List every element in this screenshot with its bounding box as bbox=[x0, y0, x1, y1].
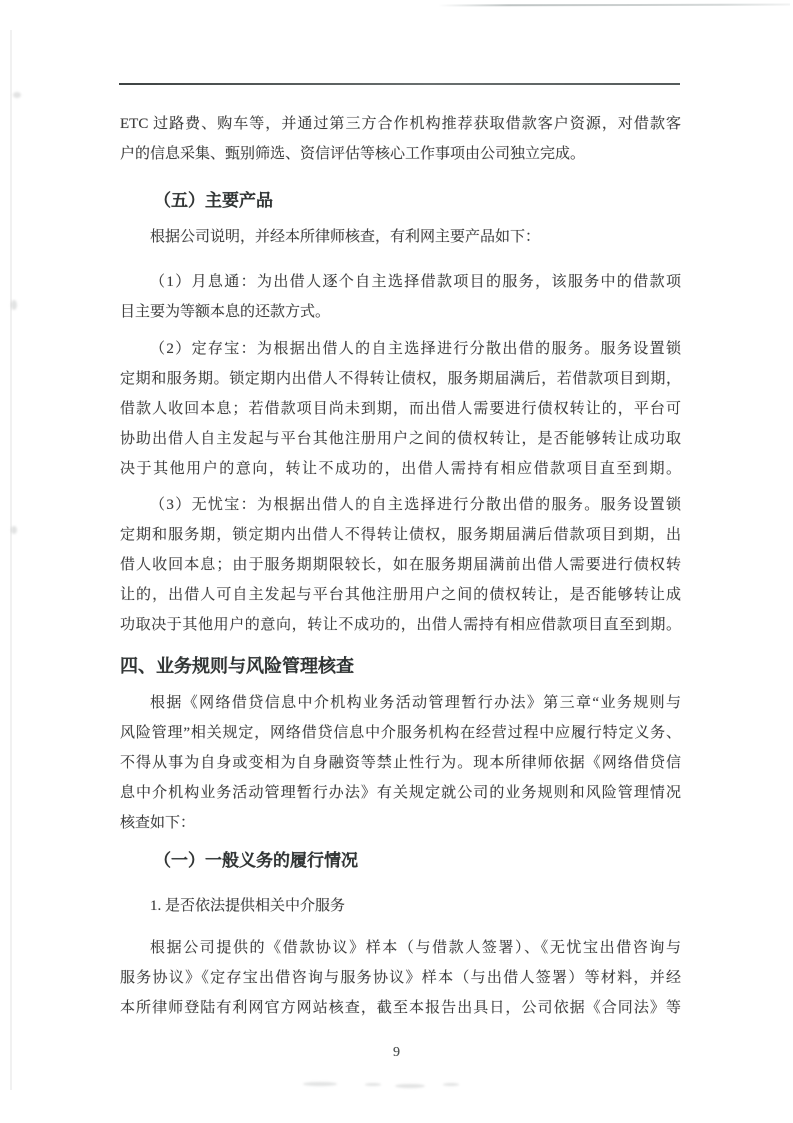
text-line: 目主要为等额本息的还款方式。 bbox=[120, 297, 681, 327]
list-item-intermediary-services: 1. 是否依法提供相关中介服务 bbox=[120, 891, 681, 921]
scan-smudge bbox=[395, 1084, 425, 1088]
paragraph-product-wuyoubao: （3）无忧宝：为根据出借人的自主选择进行分散出借的服务。服务设置锁定期和服务期，… bbox=[120, 490, 681, 640]
text-line: 根据公司提供的《借款协议》样本（与借款人签署）、《无忧宝出借咨询与 bbox=[120, 933, 681, 963]
scan-smudge bbox=[11, 526, 17, 534]
paragraph-product-dingcunbao: （2）定存宝：为根据出借人的自主选择进行分散出借的服务。服务设置锁定期和服务期。… bbox=[120, 334, 681, 484]
text-line: 借款人收回本息；若借款项目尚未到期，而出借人需要进行债权转让的，平台可 bbox=[120, 394, 681, 424]
heading-section-four: 四、业务规则与风险管理核查 bbox=[120, 651, 681, 681]
document-page: ETC 过路费、购车等，并通过第三方合作机构推荐获取借款客户资源，对借款客户的信… bbox=[0, 0, 793, 1123]
scan-smudge bbox=[13, 92, 21, 98]
text-line: ETC 过路费、购车等，并通过第三方合作机构推荐获取借款客户资源，对借款客 bbox=[120, 109, 681, 139]
scan-smudge bbox=[303, 1082, 337, 1086]
text-line: 本所律师登陆有利网官方网站核查，截至本报告出具日，公司依据《合同法》等 bbox=[120, 993, 681, 1023]
paragraph-continuation: ETC 过路费、购车等，并通过第三方合作机构推荐获取借款客户资源，对借款客户的信… bbox=[120, 109, 681, 169]
header-rule bbox=[119, 83, 680, 85]
text-line: 核查如下： bbox=[120, 808, 681, 838]
paragraph-product-yuexitong: （1）月息通：为出借人逐个自主选择借款项目的服务，该服务中的借款项目主要为等额本… bbox=[120, 267, 681, 327]
text-line: 功取决于其他用户的意向，转让不成功的，出借人需持有相应借款项目直至到期。 bbox=[120, 610, 681, 640]
scan-smudge bbox=[11, 300, 17, 310]
text-line: 决于其他用户的意向，转让不成功的，出借人需持有相应借款项目直至到期。 bbox=[120, 454, 681, 484]
heading-general-obligations: （一）一般义务的履行情况 bbox=[120, 846, 681, 876]
text-line: （1）月息通：为出借人逐个自主选择借款项目的服务，该服务中的借款项 bbox=[120, 267, 681, 297]
text-line: 不得从事为自身或变相为自身融资等禁止性行为。现本所律师依据《网络借贷信 bbox=[120, 748, 681, 778]
text-line: 协助出借人自主发起与平台其他注册用户之间的债权转让，是否能够转让成功取 bbox=[120, 424, 681, 454]
text-line: 借人收回本息；由于服务期期限较长，如在服务期届满前出借人需要进行债权转 bbox=[120, 550, 681, 580]
scan-smudge bbox=[443, 1083, 459, 1086]
page-number: 9 bbox=[0, 1038, 793, 1068]
text-line: 风险管理”相关规定，网络借贷信息中介服务机构在经营过程中应履行特定义务、 bbox=[120, 718, 681, 748]
paragraph-products-intro: 根据公司说明，并经本所律师核查，有利网主要产品如下： bbox=[120, 222, 681, 252]
heading-main-products: （五）主要产品 bbox=[120, 186, 681, 216]
scan-smudge bbox=[365, 1083, 381, 1086]
text-line: 让的，出借人可自主发起与平台其他注册用户之间的债权转让，是否能够转让成 bbox=[120, 580, 681, 610]
text-line: 户的信息采集、甄别筛选、资信评估等核心工作事项由公司独立完成。 bbox=[120, 139, 681, 169]
text-line: 定期和服务期。锁定期内出借人不得转让债权，服务期届满后，若借款项目到期， bbox=[120, 364, 681, 394]
text-line: （2）定存宝：为根据出借人的自主选择进行分散出借的服务。服务设置锁 bbox=[120, 334, 681, 364]
text-line: 息中介机构业务活动管理暂行办法》有关规定就公司的业务规则和风险管理情况 bbox=[120, 778, 681, 808]
text-line: 定期和服务期，锁定期内出借人不得转让债权，服务期届满后借款项目到期，出 bbox=[120, 520, 681, 550]
paragraph-agreements: 根据公司提供的《借款协议》样本（与借款人签署）、《无忧宝出借咨询与服务协议》《定… bbox=[120, 933, 681, 1023]
text-line: 根据《网络借贷信息中介机构业务活动管理暂行办法》第三章“业务规则与 bbox=[120, 688, 681, 718]
text-line: （3）无忧宝：为根据出借人的自主选择进行分散出借的服务。服务设置锁 bbox=[120, 490, 681, 520]
document-body: ETC 过路费、购车等，并通过第三方合作机构推荐获取借款客户资源，对借款客户的信… bbox=[120, 109, 681, 1023]
paragraph-section-four-intro: 根据《网络借贷信息中介机构业务活动管理暂行办法》第三章“业务规则与风险管理”相关… bbox=[120, 688, 681, 838]
scan-fold-artifact bbox=[10, 30, 12, 1090]
scan-streak-artifact bbox=[438, 4, 790, 7]
text-line: 根据公司说明，并经本所律师核查，有利网主要产品如下： bbox=[120, 222, 681, 252]
text-line: 服务协议》《定存宝出借咨询与服务协议》样本（与出借人签署）等材料，并经 bbox=[120, 963, 681, 993]
